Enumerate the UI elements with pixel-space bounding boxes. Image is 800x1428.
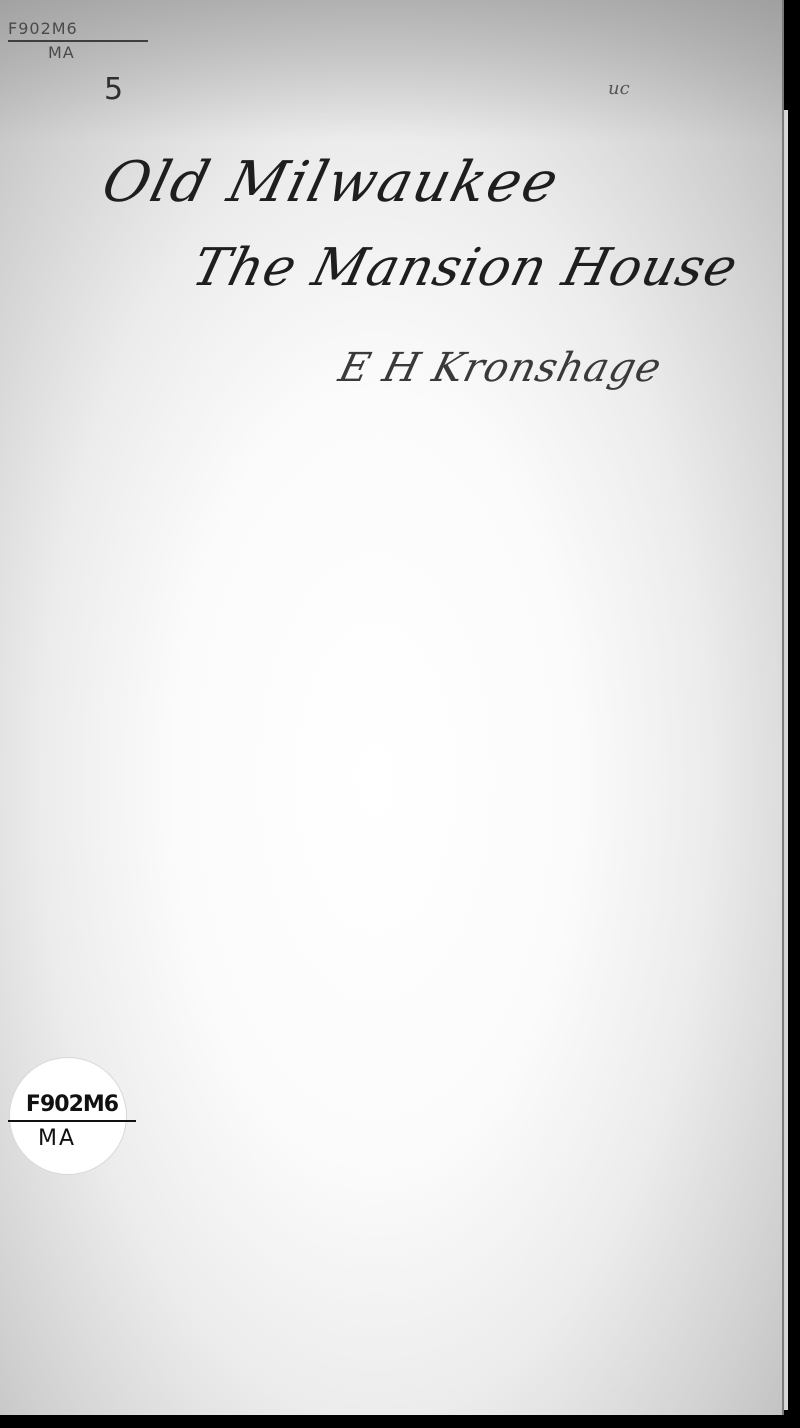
title-line-2: The Mansion House bbox=[187, 238, 744, 298]
library-stamp-line2: MA bbox=[8, 1126, 106, 1152]
call-number-top-line2: MA bbox=[8, 44, 148, 62]
scanned-document: F902M6 MA 5 uc Old Milwaukee The Mansion… bbox=[0, 0, 800, 1428]
paper-page: F902M6 MA 5 uc Old Milwaukee The Mansion… bbox=[0, 0, 784, 1415]
title-line-1: Old Milwaukee bbox=[96, 150, 566, 215]
library-stamp-line1: F902M6 bbox=[8, 1092, 136, 1122]
call-number-top-line1: F902M6 bbox=[8, 20, 148, 42]
library-stamp-label: F902M6 MA bbox=[8, 1092, 136, 1152]
corner-mark: uc bbox=[608, 78, 630, 99]
page-number: 5 bbox=[104, 72, 123, 107]
call-number-pencil: F902M6 MA bbox=[8, 20, 148, 62]
author-signature: E H Kronshage bbox=[334, 345, 666, 391]
